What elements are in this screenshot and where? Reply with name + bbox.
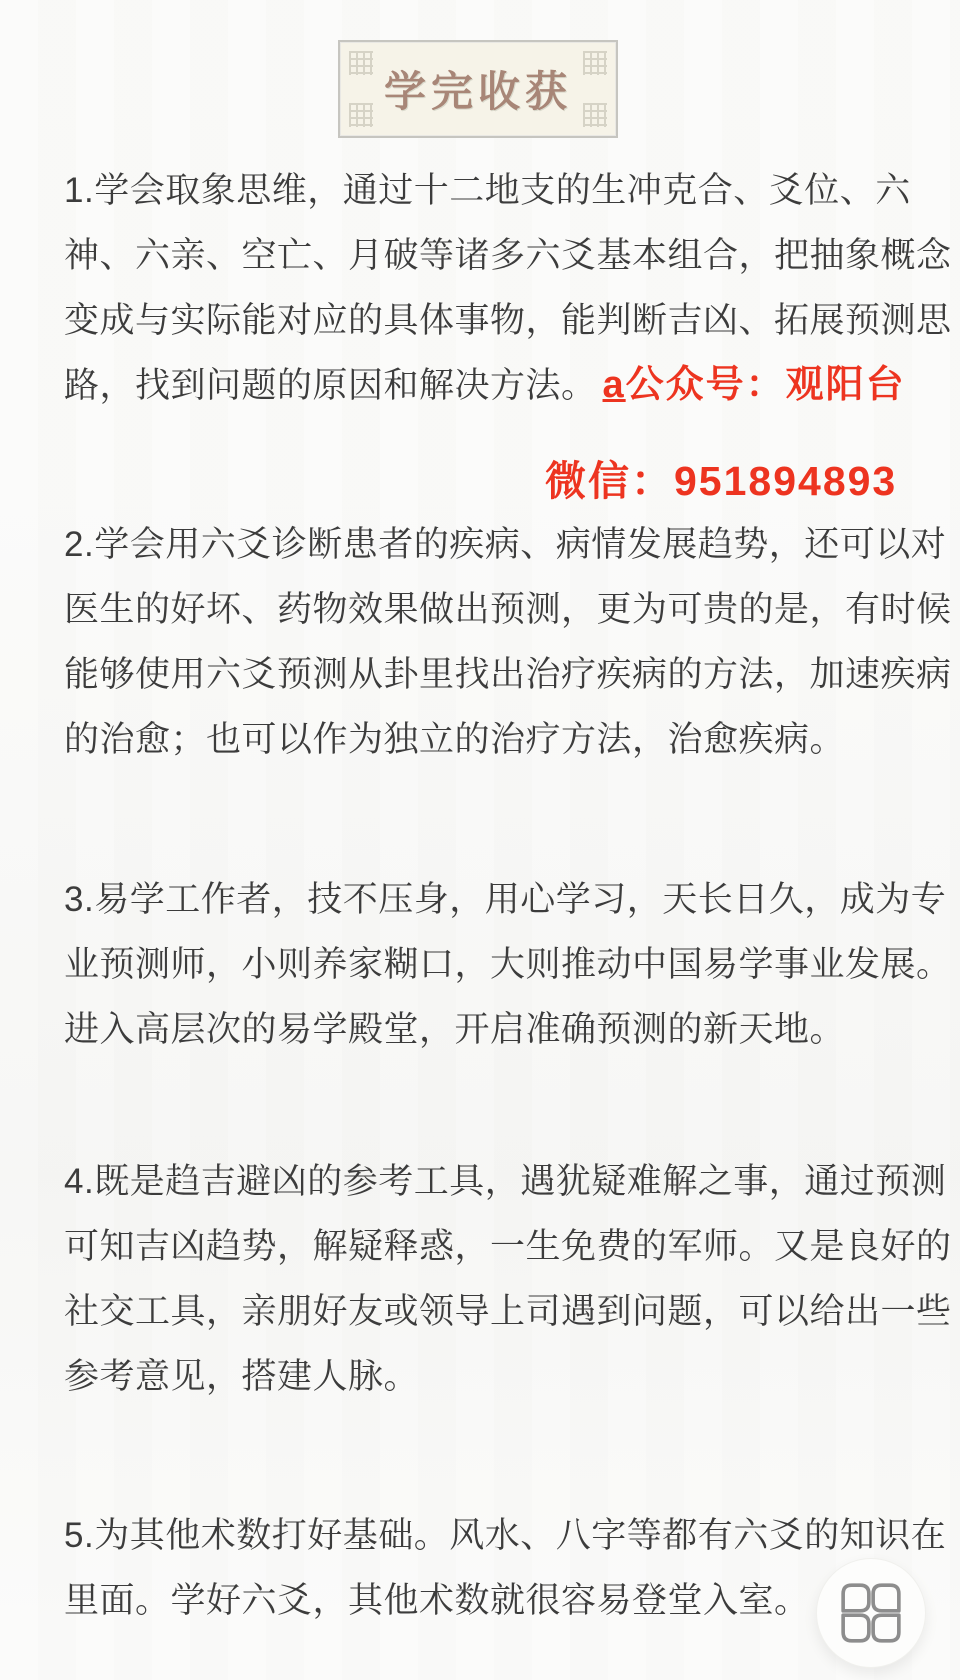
text-line: 里面。学好六爻，其他术数就很容易登堂入室。 [64,1568,904,1633]
text-line: 医生的好坏、药物效果做出预测，更为可贵的是，有时候 [64,577,904,642]
text-line: 参考意见，搭建人脉。 [64,1344,904,1409]
text-line: 可知吉凶趋势，解疑释惑，一生免费的军师。又是良好的 [64,1214,904,1279]
watermark-account: a公众号：观阳台 [603,364,906,406]
paragraph-3: 3.易学工作者，技不压身，用心学习，天长日久，成为专 业预测师，小则养家糊口，大… [64,867,904,1062]
watermark-account-text: 公众号：观阳台 [626,364,906,406]
text-line: 3.易学工作者，技不压身，用心学习，天长日久，成为专 [64,867,904,932]
text-line: 业预测师，小则养家糊口，大则推动中国易学事业发展。 [64,932,904,997]
text-line: 路，找到问题的原因和解决方法。a公众号：观阳台 [64,353,904,418]
text-line: 的治愈；也可以作为独立的治疗方法，治愈疾病。 [64,707,904,772]
text-line: 进入高层次的易学殿堂，开启准确预测的新天地。 [64,997,904,1062]
paragraph-2: 2.学会用六爻诊断患者的疾病、病情发展趋势，还可以对 医生的好坏、药物效果做出预… [64,512,904,772]
watermark-account-prefix: a [603,364,626,406]
paragraph-1: 1.学会取象思维，通过十二地支的生冲克合、爻位、六 神、六亲、空亡、月破等诸多六… [64,158,904,418]
text-line: 5.为其他术数打好基础。风水、八字等都有六爻的知识在 [64,1503,904,1568]
text-line: 2.学会用六爻诊断患者的疾病、病情发展趋势，还可以对 [64,512,904,577]
banner: 学完收获 [338,40,618,138]
paragraph-5: 5.为其他术数打好基础。风水、八字等都有六爻的知识在 里面。学好六爻，其他术数就… [64,1503,904,1633]
text-line: 变成与实际能对应的具体事物，能判断吉凶、拓展预测思 [64,288,904,353]
text-line: 4.既是趋吉避凶的参考工具，遇犹疑难解之事，通过预测 [64,1149,904,1214]
page-title: 学完收获 [340,42,616,136]
text-line: 路，找到问题的原因和解决方法。 [64,366,597,405]
page: 学完收获 1.学会取象思维，通过十二地支的生冲克合、爻位、六 神、六亲、空亡、月… [0,0,960,1680]
text-line: 神、六亲、空亡、月破等诸多六爻基本组合，把抽象概念 [64,223,904,288]
text-line: 能够使用六爻预测从卦里找出治疗疾病的方法，加速疾病 [64,642,904,707]
float-menu-button[interactable] [816,1558,926,1668]
clover-grid-icon [841,1583,901,1643]
text-line: 社交工具，亲朋好友或领导上司遇到问题，可以给出一些 [64,1279,904,1344]
paragraph-4: 4.既是趋吉避凶的参考工具，遇犹疑难解之事，通过预测 可知吉凶趋势，解疑释惑，一… [64,1149,904,1409]
text-line: 1.学会取象思维，通过十二地支的生冲克合、爻位、六 [64,158,904,223]
watermark-wechat: 微信：951894893 [545,448,897,507]
